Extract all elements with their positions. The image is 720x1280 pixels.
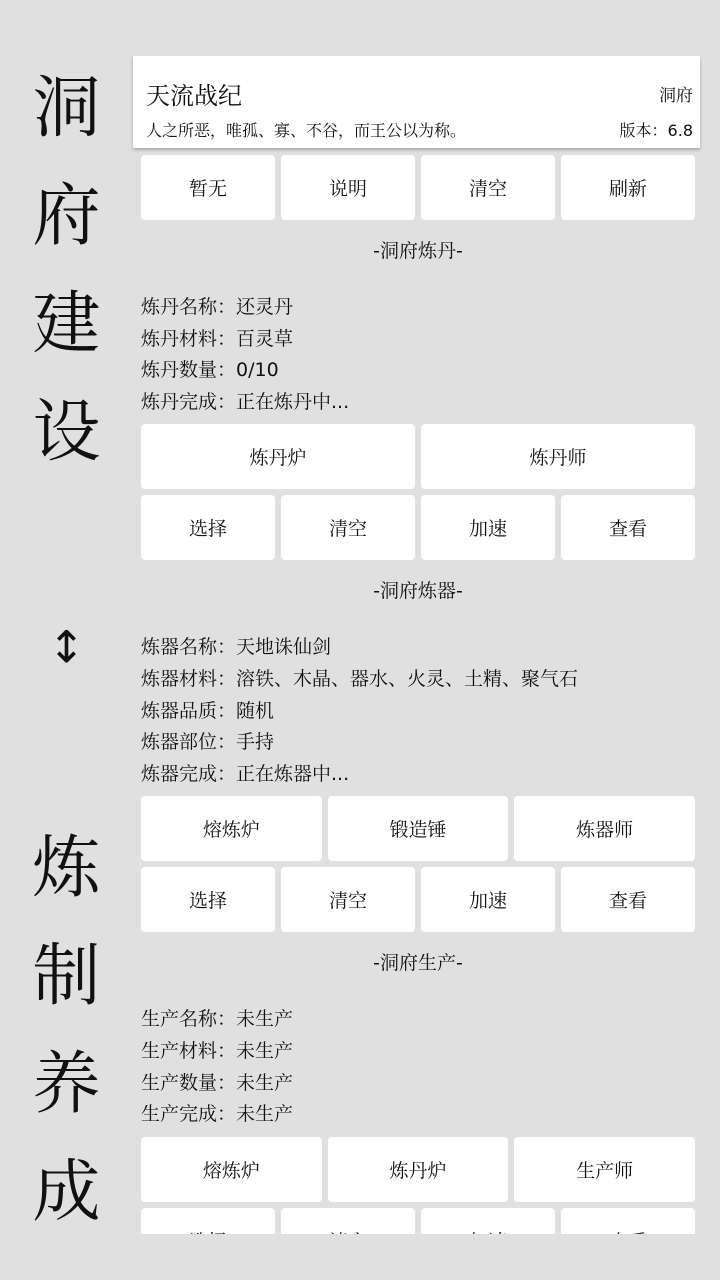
forging-speedup-button[interactable]: 加速 xyxy=(421,867,555,932)
alchemy-name: 炼丹名称：还灵丹 xyxy=(141,292,695,324)
forging-status: 炼器完成：正在炼器中... xyxy=(141,759,695,791)
forging-material: 炼器材料：溶铁、木晶、器水、火灵、土精、聚气石 xyxy=(141,664,695,696)
version-label: 版本：6.8 xyxy=(620,118,693,141)
section-title-forging: -洞府炼器- xyxy=(141,560,695,632)
sidebar-char: 制 xyxy=(0,923,133,1031)
forging-view-button[interactable]: 查看 xyxy=(561,867,695,932)
alchemy-equipment-row: 炼丹炉 炼丹师 xyxy=(141,424,695,489)
alchemy-material: 炼丹材料：百灵草 xyxy=(141,324,695,356)
app-header: 天流战纪 洞府 人之所恶，唯孤、寡、不谷，而王公以为称。 版本：6.8 xyxy=(133,56,700,148)
production-name: 生产名称：未生产 xyxy=(141,1004,695,1036)
section-title-alchemy: -洞府炼丹- xyxy=(141,220,695,292)
motto-text: 人之所恶，唯孤、寡、不谷，而王公以为称。 xyxy=(146,118,466,141)
sidebar-char: 设 xyxy=(0,379,133,487)
sidebar-char: 养 xyxy=(0,1031,133,1139)
alchemist-button[interactable]: 炼丹师 xyxy=(421,424,695,489)
production-material: 生产材料：未生产 xyxy=(141,1036,695,1068)
sidebar-char: 洞 xyxy=(0,55,133,163)
sidebar-char: 成 xyxy=(0,1139,133,1247)
swap-vertical-icon[interactable]: ↕ xyxy=(0,620,133,676)
production-alchemy-furnace-button[interactable]: 炼丹炉 xyxy=(328,1137,509,1202)
forging-slot: 炼器部位：手持 xyxy=(141,727,695,759)
forger-button[interactable]: 炼器师 xyxy=(514,796,695,861)
production-quantity: 生产数量：未生产 xyxy=(141,1068,695,1100)
alchemy-info: 炼丹名称：还灵丹 炼丹材料：百灵草 炼丹数量：0/10 炼丹完成：正在炼丹中..… xyxy=(141,292,695,418)
alchemy-furnace-button[interactable]: 炼丹炉 xyxy=(141,424,415,489)
forging-action-row: 选择 清空 加速 查看 xyxy=(141,867,695,932)
refresh-button[interactable]: 刷新 xyxy=(561,155,695,220)
forging-name: 炼器名称：天地诛仙剑 xyxy=(141,632,695,664)
forging-select-button[interactable]: 选择 xyxy=(141,867,275,932)
forge-hammer-button[interactable]: 锻造锤 xyxy=(328,796,509,861)
sidebar-title-cave-building: 洞 府 建 设 xyxy=(0,55,133,487)
forging-info: 炼器名称：天地诛仙剑 炼器材料：溶铁、木晶、器水、火灵、土精、聚气石 炼器品质：… xyxy=(141,632,695,790)
forging-clear-button[interactable]: 清空 xyxy=(281,867,415,932)
sidebar-char: 府 xyxy=(0,163,133,271)
forging-equipment-row: 熔炼炉 锻造锤 炼器师 xyxy=(141,796,695,861)
sidebar-title-refining: 炼 制 养 成 xyxy=(0,815,133,1247)
forging-quality: 炼器品质：随机 xyxy=(141,696,695,728)
production-status: 生产完成：未生产 xyxy=(141,1099,695,1131)
toolbar: 暂无 说明 清空 刷新 xyxy=(141,155,695,220)
alchemy-view-button[interactable]: 查看 xyxy=(561,495,695,560)
alchemy-clear-button[interactable]: 清空 xyxy=(281,495,415,560)
clear-button[interactable]: 清空 xyxy=(421,155,555,220)
sidebar-char: 建 xyxy=(0,271,133,379)
none-button[interactable]: 暂无 xyxy=(141,155,275,220)
production-smelting-furnace-button[interactable]: 熔炼炉 xyxy=(141,1137,322,1202)
section-title-production: -洞府生产- xyxy=(141,932,695,1004)
alchemy-speedup-button[interactable]: 加速 xyxy=(421,495,555,560)
producer-button[interactable]: 生产师 xyxy=(514,1137,695,1202)
alchemy-select-button[interactable]: 选择 xyxy=(141,495,275,560)
alchemy-action-row: 选择 清空 加速 查看 xyxy=(141,495,695,560)
scroll-clip xyxy=(0,1234,720,1280)
app-title: 天流战纪 xyxy=(146,76,242,111)
sidebar-char: 炼 xyxy=(0,815,133,923)
help-button[interactable]: 说明 xyxy=(281,155,415,220)
alchemy-status: 炼丹完成：正在炼丹中... xyxy=(141,387,695,419)
main-content: 暂无 说明 清空 刷新 -洞府炼丹- 炼丹名称：还灵丹 炼丹材料：百灵草 炼丹数… xyxy=(141,155,695,1279)
alchemy-quantity: 炼丹数量：0/10 xyxy=(141,355,695,387)
production-equipment-row: 熔炼炉 炼丹炉 生产师 xyxy=(141,1137,695,1202)
smelting-furnace-button[interactable]: 熔炼炉 xyxy=(141,796,322,861)
production-info: 生产名称：未生产 生产材料：未生产 生产数量：未生产 生产完成：未生产 xyxy=(141,1004,695,1130)
page-tag: 洞府 xyxy=(659,81,693,106)
